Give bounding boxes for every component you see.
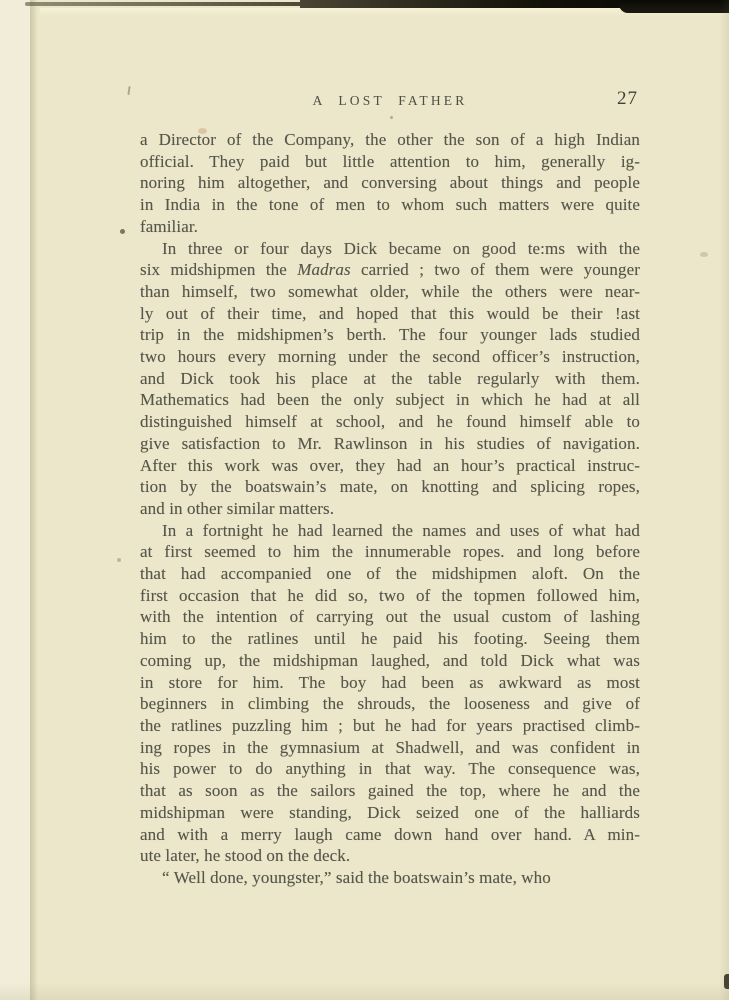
text-line: familiar.	[140, 216, 640, 238]
text-segment: a Director of the Company, the other the…	[140, 130, 640, 149]
text-line: coming up, the midshipman laughed, and t…	[140, 650, 640, 672]
text-line: Mathematics had been the only subject in…	[140, 389, 640, 411]
text-segment: his power to do anything in that way. Th…	[140, 759, 640, 778]
text-line: beginners in climbing the shrouds, the l…	[140, 693, 640, 715]
text-segment: beginners in climbing the shrouds, the l…	[140, 694, 640, 713]
text-segment: the ratlines puzzling him ; but he had f…	[140, 716, 640, 735]
text-line: first occasion that he did so, two of th…	[140, 585, 640, 607]
text-segment: tion by the boatswain’s mate, on knottin…	[140, 477, 640, 496]
text-segment: In a fortnight he had learned the names …	[162, 521, 640, 540]
text-segment: than himself, two somewhat older, while …	[140, 282, 640, 301]
text-line: him to the ratlines until he paid his fo…	[140, 628, 640, 650]
ship-name-italic: Madras	[297, 260, 351, 279]
text-line: and with a merry laugh came down hand ov…	[140, 824, 640, 846]
text-line: in store for him. The boy had been as aw…	[140, 672, 640, 694]
text-line: that had accompanied one of the midshipm…	[140, 563, 640, 585]
running-header-title: A LOST FATHER	[140, 93, 640, 109]
page-number: 27	[617, 88, 638, 110]
text-line: and Dick took his place at the table reg…	[140, 368, 640, 390]
bottom-right-notch	[724, 974, 729, 989]
text-line: that as soon as the sailors gained the t…	[140, 780, 640, 802]
text-segment: official. They paid but little attention…	[140, 152, 640, 171]
text-line: a Director of the Company, the other the…	[140, 129, 640, 151]
text-segment: at first seemed to him the innumerable r…	[140, 542, 640, 561]
text-line: midshipman were standing, Dick seized on…	[140, 802, 640, 824]
text-segment: noring him altogether, and conversing ab…	[140, 173, 640, 192]
page-body: a Director of the Company, the other the…	[140, 129, 640, 889]
text-segment: and Dick took his place at the table reg…	[140, 369, 640, 388]
text-line: ute later, he stood on the deck.	[140, 845, 640, 867]
text-segment: in store for him. The boy had been as aw…	[140, 673, 640, 692]
text-line: In a fortnight he had learned the names …	[140, 520, 640, 542]
text-line: tion by the boatswain’s mate, on knottin…	[140, 476, 640, 498]
text-line: official. They paid but little attention…	[140, 151, 640, 173]
text-segment: six midshipmen the	[140, 260, 297, 279]
running-head-row: A LOST FATHER 27	[140, 88, 640, 112]
text-line: ly out of their time, and hoped that thi…	[140, 303, 640, 325]
book-page: A LOST FATHER 27 a Director of the Compa…	[0, 0, 729, 1000]
text-segment: “ Well done, youngster,” said the boatsw…	[162, 868, 551, 887]
text-segment: distinguished himself at school, and he …	[140, 412, 640, 431]
binding-shadow-left	[25, 2, 325, 6]
text-segment: him to the ratlines until he paid his fo…	[140, 629, 640, 648]
text-segment: ly out of their time, and hoped that thi…	[140, 304, 640, 323]
paper-speck	[117, 558, 121, 562]
text-line: give satisfaction to Mr. Rawlinson in hi…	[140, 433, 640, 455]
paper-smudge	[700, 252, 708, 257]
text-segment: that as soon as the sailors gained the t…	[140, 781, 640, 800]
text-segment: After this work was over, they had an ho…	[140, 456, 640, 475]
text-segment: with the intention of carrying out the u…	[140, 607, 640, 626]
text-line: and in other similar matters.	[140, 498, 640, 520]
binding-shadow-corner	[619, 0, 729, 13]
text-line: distinguished himself at school, and he …	[140, 411, 640, 433]
text-segment: familiar.	[140, 217, 198, 236]
text-segment: in India in the tone of men to whom such…	[140, 195, 640, 214]
text-segment: In three or four days Dick became on goo…	[162, 239, 640, 258]
text-line: After this work was over, they had an ho…	[140, 455, 640, 477]
text-line: his power to do anything in that way. Th…	[140, 758, 640, 780]
text-segment: coming up, the midshipman laughed, and t…	[140, 651, 640, 670]
paper-speck	[120, 229, 125, 234]
text-segment: and with a merry laugh came down hand ov…	[140, 825, 640, 844]
text-segment: two hours every morning under the second…	[140, 347, 640, 366]
text-segment: that had accompanied one of the midshipm…	[140, 564, 640, 583]
text-line: the ratlines puzzling him ; but he had f…	[140, 715, 640, 737]
text-segment: ute later, he stood on the deck.	[140, 846, 350, 865]
text-segment: midshipman were standing, Dick seized on…	[140, 803, 640, 822]
text-line: ing ropes in the gymnasium at Shadwell, …	[140, 737, 640, 759]
text-line: than himself, two somewhat older, while …	[140, 281, 640, 303]
text-segment: first occasion that he did so, two of th…	[140, 586, 640, 605]
text-segment: ing ropes in the gymnasium at Shadwell, …	[140, 738, 640, 757]
text-segment: Mathematics had been the only subject in…	[140, 390, 640, 409]
text-line: In three or four days Dick became on goo…	[140, 238, 640, 260]
text-segment: trip in the midshipmen’s berth. The four…	[140, 325, 640, 344]
text-line: six midshipmen the Madras carried ; two …	[140, 259, 640, 281]
text-line: “ Well done, youngster,” said the boatsw…	[140, 867, 640, 889]
page-edge-strip	[0, 0, 30, 1000]
text-segment: give satisfaction to Mr. Rawlinson in hi…	[140, 434, 640, 453]
text-segment: carried ; two of them were younger	[351, 260, 640, 279]
text-line: at first seemed to him the innumerable r…	[140, 541, 640, 563]
paper-speck	[390, 116, 393, 119]
text-line: in India in the tone of men to whom such…	[140, 194, 640, 216]
stray-ink-mark	[127, 86, 130, 95]
page-crease	[30, 0, 38, 1000]
text-segment: and in other similar matters.	[140, 499, 334, 518]
bottom-edge-shade	[0, 982, 729, 1000]
text-line: two hours every morning under the second…	[140, 346, 640, 368]
right-edge-shade	[719, 0, 729, 1000]
text-line: with the intention of carrying out the u…	[140, 606, 640, 628]
text-line: noring him altogether, and conversing ab…	[140, 172, 640, 194]
text-line: trip in the midshipmen’s berth. The four…	[140, 324, 640, 346]
